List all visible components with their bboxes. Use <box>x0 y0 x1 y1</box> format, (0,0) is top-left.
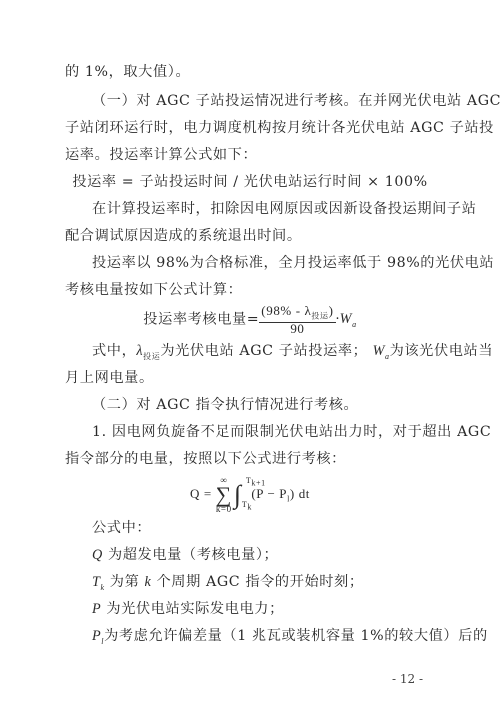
text-line: 式中，λ投运为光伏电站 AGC 子站投运率； Wa为该光伏电站当 <box>92 341 467 367</box>
definition-Q: Q 为超发电量（考核电量）； <box>92 545 467 565</box>
text-line: 1. 因电网负旋备不足而限制光伏电站出力时，对于超出 AGC <box>92 422 467 442</box>
text-line: 投运率以 98%为合格标准，全月投运率低于 98%的光伏电站 <box>92 253 467 273</box>
text-line: 子站闭环运行时，电力调度机构按月统计各光伏电站 AGC 子站投 <box>65 118 440 138</box>
sum-symbol: ∞∑k=0 <box>216 476 232 514</box>
formula-tail: ·Wa <box>336 311 357 327</box>
text-line: 在计算投运率时，扣除因电网原因或因新设备投运期间子站 <box>92 199 467 219</box>
text-line: 配合调试原因造成的系统退出时间。 <box>65 226 440 246</box>
formula-lhs: 投运率考核电量= <box>143 311 259 327</box>
definition-Tk: Tk 为第 k 个周期 AGC 指令的开始时刻； <box>92 572 467 598</box>
definition-P: P 为光伏电站实际发电电力； <box>92 599 467 619</box>
section-heading-1: （一）对 AGC 子站投运情况进行考核。在并网光伏电站 AGC <box>92 91 467 111</box>
text-line: 运率。投运率计算公式如下： <box>65 145 440 165</box>
text-line: 公式中： <box>92 518 467 538</box>
numerator-sub: 投运 <box>311 312 328 321</box>
definition-Pl: Pl为考虑允许偏差量（1 兆瓦或装机容量 1%的较大值）后的 <box>92 626 467 652</box>
formula-assessment-energy: 投运率考核电量=(98% - λ投运)90·Wa <box>0 305 500 339</box>
formula-commissioning-rate: 投运率 = 子站投运时间 / 光伏电站运行时间 × 100% <box>0 172 500 192</box>
text-line: 的 1%，取大值）。 <box>65 62 440 82</box>
denominator: 90 <box>259 323 335 334</box>
section-heading-2: （二）对 AGC 指令执行情况进行考核。 <box>92 395 467 415</box>
formula-over-generation: Q = ∞∑k=0∫Tk+1Tk (P − Pl) dt <box>0 472 500 516</box>
text-line: 考核电量按如下公式计算： <box>65 280 440 300</box>
fraction: (98% - λ投运)90 <box>259 305 335 334</box>
integral-symbol: ∫Tk+1Tk <box>234 480 242 510</box>
text-line: 月上网电量。 <box>65 368 440 388</box>
numerator-close: ) <box>329 303 334 318</box>
formula2-lhs: Q = <box>190 486 216 501</box>
numerator: (98% - λ <box>261 303 311 318</box>
document-page: 的 1%，取大值）。 （一）对 AGC 子站投运情况进行考核。在并网光伏电站 A… <box>0 0 500 707</box>
page-number: - 12 - <box>392 672 423 686</box>
text-line: 指令部分的电量，按照以下公式进行考核： <box>65 449 440 469</box>
